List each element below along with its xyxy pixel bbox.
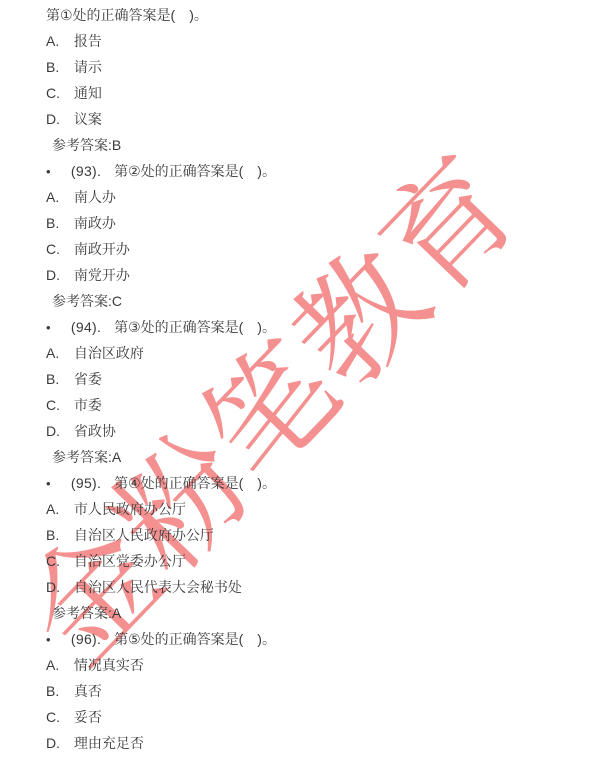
question-prompt: 第④处的正确答案是( )。 xyxy=(114,475,276,491)
answer-text: 参考答案:A xyxy=(52,605,121,621)
bullet-icon: • xyxy=(46,159,67,185)
option-text: 自治区人民政府办公厅 xyxy=(74,527,214,543)
option-line: A. 报告 xyxy=(0,28,599,54)
option-text: 省政协 xyxy=(74,423,116,439)
option-text: 情况真实否 xyxy=(74,657,144,673)
option-line: C. 妥否 xyxy=(0,704,599,730)
option-letter: B. xyxy=(46,366,70,392)
question-line: 第①处的正确答案是( )。 xyxy=(0,2,599,28)
option-line: D. 南党开办 xyxy=(0,262,599,288)
option-letter: D. xyxy=(46,106,70,132)
bullet-icon: • xyxy=(46,315,67,341)
option-text: 自治区政府 xyxy=(74,345,144,361)
answer-line: 参考答案:A xyxy=(0,600,599,626)
question-number: (94). xyxy=(71,314,101,340)
option-line: A. 情况真实否 xyxy=(0,652,599,678)
option-line: C. 自治区党委办公厅 xyxy=(0,548,599,574)
option-letter: A. xyxy=(46,652,70,678)
question-prompt: 第①处的正确答案是( )。 xyxy=(46,7,208,23)
option-text: 议案 xyxy=(74,111,102,127)
question-line: • (96). 第⑤处的正确答案是( )。 xyxy=(0,626,599,652)
option-text: 省委 xyxy=(74,371,102,387)
option-letter: D. xyxy=(46,730,70,756)
question-number: (93). xyxy=(71,158,101,184)
option-letter: B. xyxy=(46,522,70,548)
option-text: 真否 xyxy=(74,683,102,699)
option-line: D. 议案 xyxy=(0,106,599,132)
option-line: D. 自治区人民代表大会秘书处 xyxy=(0,574,599,600)
option-letter: D. xyxy=(46,262,70,288)
option-line: B. 自治区人民政府办公厅 xyxy=(0,522,599,548)
question-line: • (94). 第③处的正确答案是( )。 xyxy=(0,314,599,340)
option-line: B. 请示 xyxy=(0,54,599,80)
option-text: 请示 xyxy=(74,59,102,75)
option-text: 南政开办 xyxy=(74,241,130,257)
answer-text: 参考答案:A xyxy=(52,449,121,465)
answer-line: 参考答案:A xyxy=(0,444,599,470)
option-letter: C. xyxy=(46,236,70,262)
option-text: 报告 xyxy=(74,33,102,49)
question-number: (96). xyxy=(71,626,101,652)
option-line: D. 省政协 xyxy=(0,418,599,444)
question-line: • (93). 第②处的正确答案是( )。 xyxy=(0,158,599,184)
option-line: A. 自治区政府 xyxy=(0,340,599,366)
option-text: 妥否 xyxy=(74,709,102,725)
document-content: 第①处的正确答案是( )。 A. 报告 B. 请示 C. 通知 D. 议案 参考… xyxy=(0,0,599,756)
option-letter: A. xyxy=(46,340,70,366)
option-letter: A. xyxy=(46,184,70,210)
option-line: B. 真否 xyxy=(0,678,599,704)
question-prompt: 第③处的正确答案是( )。 xyxy=(114,319,276,335)
option-letter: C. xyxy=(46,548,70,574)
option-text: 南党开办 xyxy=(74,267,130,283)
answer-text: 参考答案:C xyxy=(52,293,122,309)
answer-line: 参考答案:C xyxy=(0,288,599,314)
question-line: • (95). 第④处的正确答案是( )。 xyxy=(0,470,599,496)
option-letter: D. xyxy=(46,418,70,444)
option-line: A. 市人民政府办公厅 xyxy=(0,496,599,522)
option-line: C. 通知 xyxy=(0,80,599,106)
option-line: A. 南人办 xyxy=(0,184,599,210)
option-letter: C. xyxy=(46,704,70,730)
option-line: C. 南政开办 xyxy=(0,236,599,262)
option-letter: D. xyxy=(46,574,70,600)
option-line: C. 市委 xyxy=(0,392,599,418)
bullet-icon: • xyxy=(46,471,67,497)
option-line: D. 理由充足否 xyxy=(0,730,599,756)
option-text: 理由充足否 xyxy=(74,735,144,751)
option-text: 自治区党委办公厅 xyxy=(74,553,186,569)
question-number: (95). xyxy=(71,470,101,496)
answer-line: 参考答案:B xyxy=(0,132,599,158)
question-prompt: 第②处的正确答案是( )。 xyxy=(114,163,276,179)
bullet-icon: • xyxy=(46,627,67,653)
option-letter: A. xyxy=(46,496,70,522)
option-text: 南政办 xyxy=(74,215,116,231)
answer-text: 参考答案:B xyxy=(52,137,121,153)
question-prompt: 第⑤处的正确答案是( )。 xyxy=(114,631,276,647)
option-text: 自治区人民代表大会秘书处 xyxy=(74,579,242,595)
option-line: B. 南政办 xyxy=(0,210,599,236)
option-text: 市人民政府办公厅 xyxy=(74,501,186,517)
option-text: 市委 xyxy=(74,397,102,413)
option-text: 通知 xyxy=(74,85,102,101)
option-letter: B. xyxy=(46,210,70,236)
option-letter: C. xyxy=(46,392,70,418)
document-page: { "page": { "background": "#ffffff", "te… xyxy=(0,0,599,766)
option-letter: B. xyxy=(46,54,70,80)
option-text: 南人办 xyxy=(74,189,116,205)
option-letter: B. xyxy=(46,678,70,704)
option-letter: C. xyxy=(46,80,70,106)
option-line: B. 省委 xyxy=(0,366,599,392)
option-letter: A. xyxy=(46,28,70,54)
